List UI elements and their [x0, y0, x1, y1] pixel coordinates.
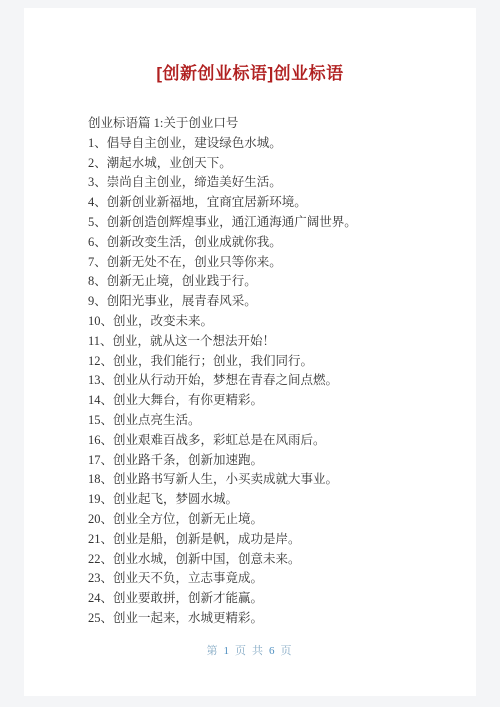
pagination-label-page: 页: [233, 645, 250, 657]
slogan-item: 6、创新改变生活，创业成就你我。: [88, 233, 456, 253]
slogan-list: 1、倡导自主创业，建设绿色水城。2、潮起水城，业创天下。3、崇尚自主创业，缔造美…: [88, 134, 456, 629]
slogan-item: 3、崇尚自主创业，缔造美好生活。: [88, 173, 456, 193]
section-heading: 创业标语篇 1:关于创业口号: [88, 114, 456, 134]
slogan-item: 11、创业，就从这一个想法开始！: [88, 332, 456, 352]
slogan-item: 20、创业全方位，创新无止境。: [88, 510, 456, 530]
slogan-item: 25、创业一起来，水城更精彩。: [88, 609, 456, 629]
current-page-number: 1: [222, 645, 234, 657]
pagination-label-prefix: 第: [205, 645, 222, 657]
slogan-item: 14、创业大舞台，有你更精彩。: [88, 391, 456, 411]
slogan-item: 1、倡导自主创业，建设绿色水城。: [88, 134, 456, 154]
pagination-label-page2: 页: [279, 645, 296, 657]
slogan-item: 9、创阳光事业，展青春风采。: [88, 292, 456, 312]
total-pages-number: 6: [267, 645, 279, 657]
slogan-item: 19、创业起飞，梦圆水城。: [88, 490, 456, 510]
slogan-item: 18、创业路书写新人生，小买卖成就大事业。: [88, 470, 456, 490]
document-body: 创业标语篇 1:关于创业口号 1、倡导自主创业，建设绿色水城。2、潮起水城，业创…: [88, 114, 456, 629]
slogan-item: 23、创业天不负，立志事竟成。: [88, 569, 456, 589]
slogan-item: 10、创业，改变未来。: [88, 312, 456, 332]
slogan-item: 2、潮起水城，业创天下。: [88, 154, 456, 174]
slogan-item: 12、创业，我们能行；创业，我们同行。: [88, 352, 456, 372]
slogan-item: 13、创业从行动开始，梦想在青春之间点燃。: [88, 371, 456, 391]
slogan-item: 17、创业路千条，创新加速跑。: [88, 451, 456, 471]
slogan-item: 21、创业是船，创新是帆，成功是岸。: [88, 530, 456, 550]
slogan-item: 4、创新创业新福地，宜商宜居新环境。: [88, 193, 456, 213]
slogan-item: 16、创业艰难百战多，彩虹总是在风雨后。: [88, 431, 456, 451]
slogan-item: 5、创新创造创辉煌事业，通江通海通广阔世界。: [88, 213, 456, 233]
slogan-item: 22、创业水城，创新中国，创意未来。: [88, 550, 456, 570]
slogan-item: 8、创新无止境，创业践于行。: [88, 272, 456, 292]
document-page: [创新创业标语]创业标语 创业标语篇 1:关于创业口号 1、倡导自主创业，建设绿…: [24, 8, 476, 696]
pagination-label-total: 共: [250, 645, 267, 657]
slogan-item: 15、创业点亮生活。: [88, 411, 456, 431]
slogan-item: 7、创新无处不在，创业只等你来。: [88, 253, 456, 273]
slogan-item: 24、创业要敢拼，创新才能赢。: [88, 589, 456, 609]
document-title: [创新创业标语]创业标语: [24, 59, 476, 84]
pagination: 第1页共6页: [24, 642, 476, 658]
